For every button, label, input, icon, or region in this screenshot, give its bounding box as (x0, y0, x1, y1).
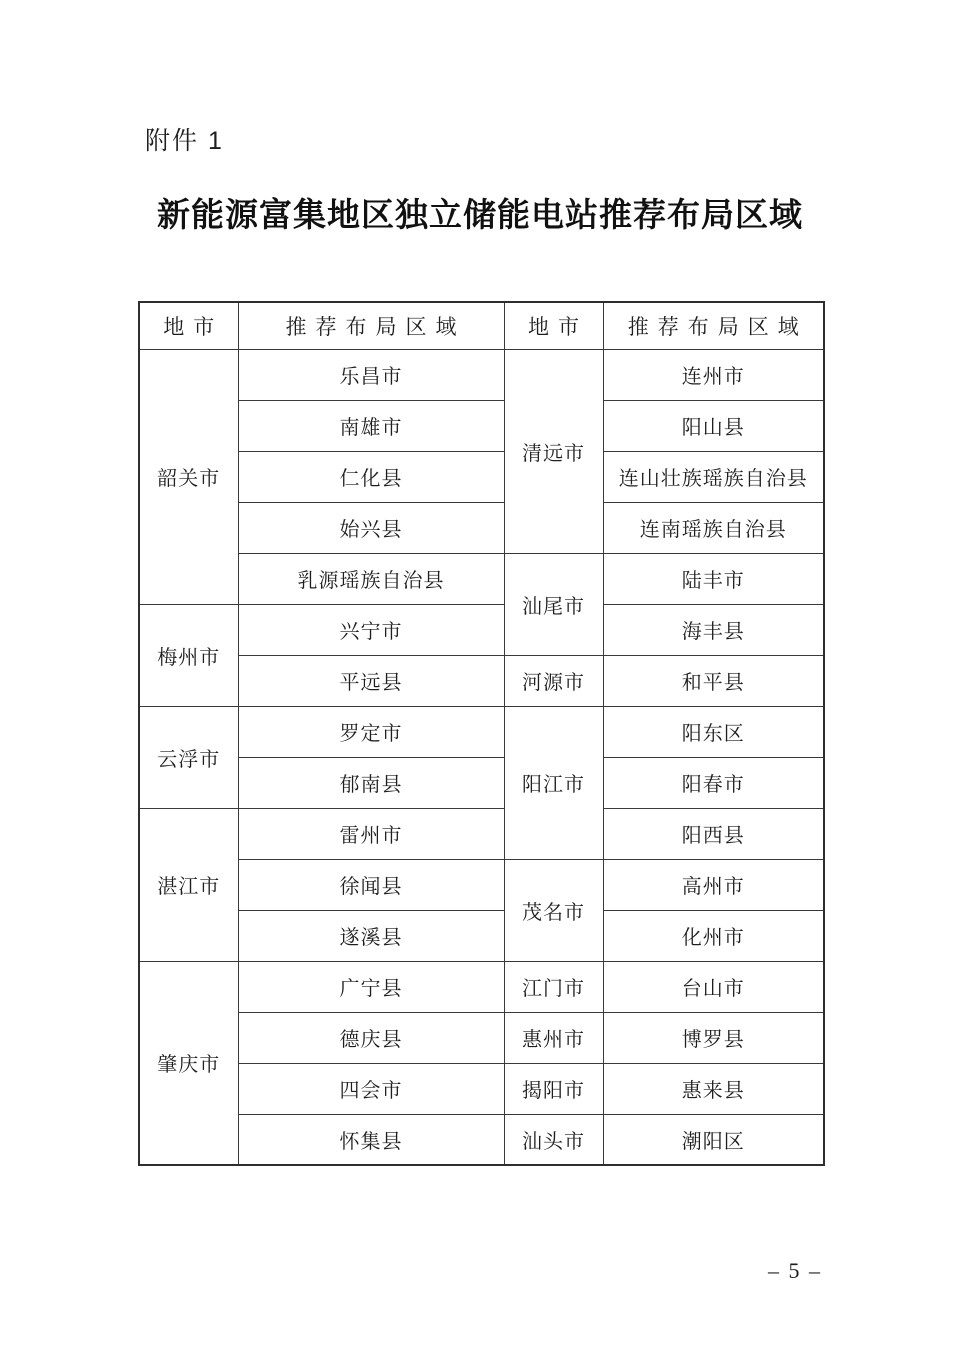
city-cell: 惠州市 (504, 1012, 603, 1063)
region-cell: 化州市 (603, 910, 824, 961)
region-cell: 四会市 (238, 1063, 504, 1114)
region-cell: 罗定市 (238, 706, 504, 757)
table-row: 平远县 河源市 和平县 (139, 655, 824, 706)
region-cell: 兴宁市 (238, 604, 504, 655)
header-city-left: 地市 (139, 302, 238, 349)
region-cell: 仁化县 (238, 451, 504, 502)
city-cell: 揭阳市 (504, 1063, 603, 1114)
header-region-right: 推荐布局区域 (603, 302, 824, 349)
city-cell: 梅州市 (139, 604, 238, 706)
region-cell: 乳源瑶族自治县 (238, 553, 504, 604)
region-cell: 陆丰市 (603, 553, 824, 604)
attachment-label: 附件 1 (145, 121, 224, 157)
region-cell: 惠来县 (603, 1063, 824, 1114)
table-row: 始兴县 连南瑶族自治县 (139, 502, 824, 553)
region-cell: 连州市 (603, 349, 824, 400)
region-cell: 始兴县 (238, 502, 504, 553)
table-row: 郁南县 阳春市 (139, 757, 824, 808)
table-row: 徐闻县 茂名市 高州市 (139, 859, 824, 910)
header-region-left: 推荐布局区域 (238, 302, 504, 349)
region-cell: 郁南县 (238, 757, 504, 808)
table-row: 南雄市 阳山县 (139, 400, 824, 451)
region-cell: 台山市 (603, 961, 824, 1012)
document-page: 附件 1 新能源富集地区独立储能电站推荐布局区域 地市 推荐布局区域 地市 推荐… (0, 0, 960, 1357)
page-title: 新能源富集地区独立储能电站推荐布局区域 (0, 189, 960, 236)
table-header-row: 地市 推荐布局区域 地市 推荐布局区域 (139, 302, 824, 349)
table-row: 四会市 揭阳市 惠来县 (139, 1063, 824, 1114)
region-cell: 阳山县 (603, 400, 824, 451)
region-cell: 连南瑶族自治县 (603, 502, 824, 553)
region-cell: 广宁县 (238, 961, 504, 1012)
table-row: 德庆县 惠州市 博罗县 (139, 1012, 824, 1063)
region-cell: 德庆县 (238, 1012, 504, 1063)
city-cell: 清远市 (504, 349, 603, 553)
region-cell: 阳春市 (603, 757, 824, 808)
header-city-right: 地市 (504, 302, 603, 349)
city-cell: 汕尾市 (504, 553, 603, 655)
region-cell: 潮阳区 (603, 1114, 824, 1165)
table-row: 怀集县 汕头市 潮阳区 (139, 1114, 824, 1165)
region-cell: 阳西县 (603, 808, 824, 859)
region-cell: 阳东区 (603, 706, 824, 757)
region-cell: 徐闻县 (238, 859, 504, 910)
city-cell: 肇庆市 (139, 961, 238, 1165)
city-cell: 茂名市 (504, 859, 603, 961)
page-number: – 5 – (768, 1258, 822, 1284)
city-cell: 韶关市 (139, 349, 238, 604)
region-cell: 乐昌市 (238, 349, 504, 400)
recommended-layout-table: 地市 推荐布局区域 地市 推荐布局区域 韶关市 乐昌市 清远市 连州市 南雄市 … (138, 301, 825, 1166)
table-row: 云浮市 罗定市 阳江市 阳东区 (139, 706, 824, 757)
region-cell: 连山壮族瑶族自治县 (603, 451, 824, 502)
table-row: 肇庆市 广宁县 江门市 台山市 (139, 961, 824, 1012)
region-cell: 高州市 (603, 859, 824, 910)
region-cell: 海丰县 (603, 604, 824, 655)
table-row: 湛江市 雷州市 阳西县 (139, 808, 824, 859)
city-cell: 阳江市 (504, 706, 603, 859)
table-row: 梅州市 兴宁市 海丰县 (139, 604, 824, 655)
region-cell: 平远县 (238, 655, 504, 706)
region-cell: 和平县 (603, 655, 824, 706)
region-cell: 博罗县 (603, 1012, 824, 1063)
city-cell: 云浮市 (139, 706, 238, 808)
city-cell: 江门市 (504, 961, 603, 1012)
table-row: 韶关市 乐昌市 清远市 连州市 (139, 349, 824, 400)
city-cell: 汕头市 (504, 1114, 603, 1165)
region-cell: 遂溪县 (238, 910, 504, 961)
table-row: 遂溪县 化州市 (139, 910, 824, 961)
region-cell: 南雄市 (238, 400, 504, 451)
region-cell: 雷州市 (238, 808, 504, 859)
table-row: 乳源瑶族自治县 汕尾市 陆丰市 (139, 553, 824, 604)
table-row: 仁化县 连山壮族瑶族自治县 (139, 451, 824, 502)
city-cell: 湛江市 (139, 808, 238, 961)
city-cell: 河源市 (504, 655, 603, 706)
region-cell: 怀集县 (238, 1114, 504, 1165)
